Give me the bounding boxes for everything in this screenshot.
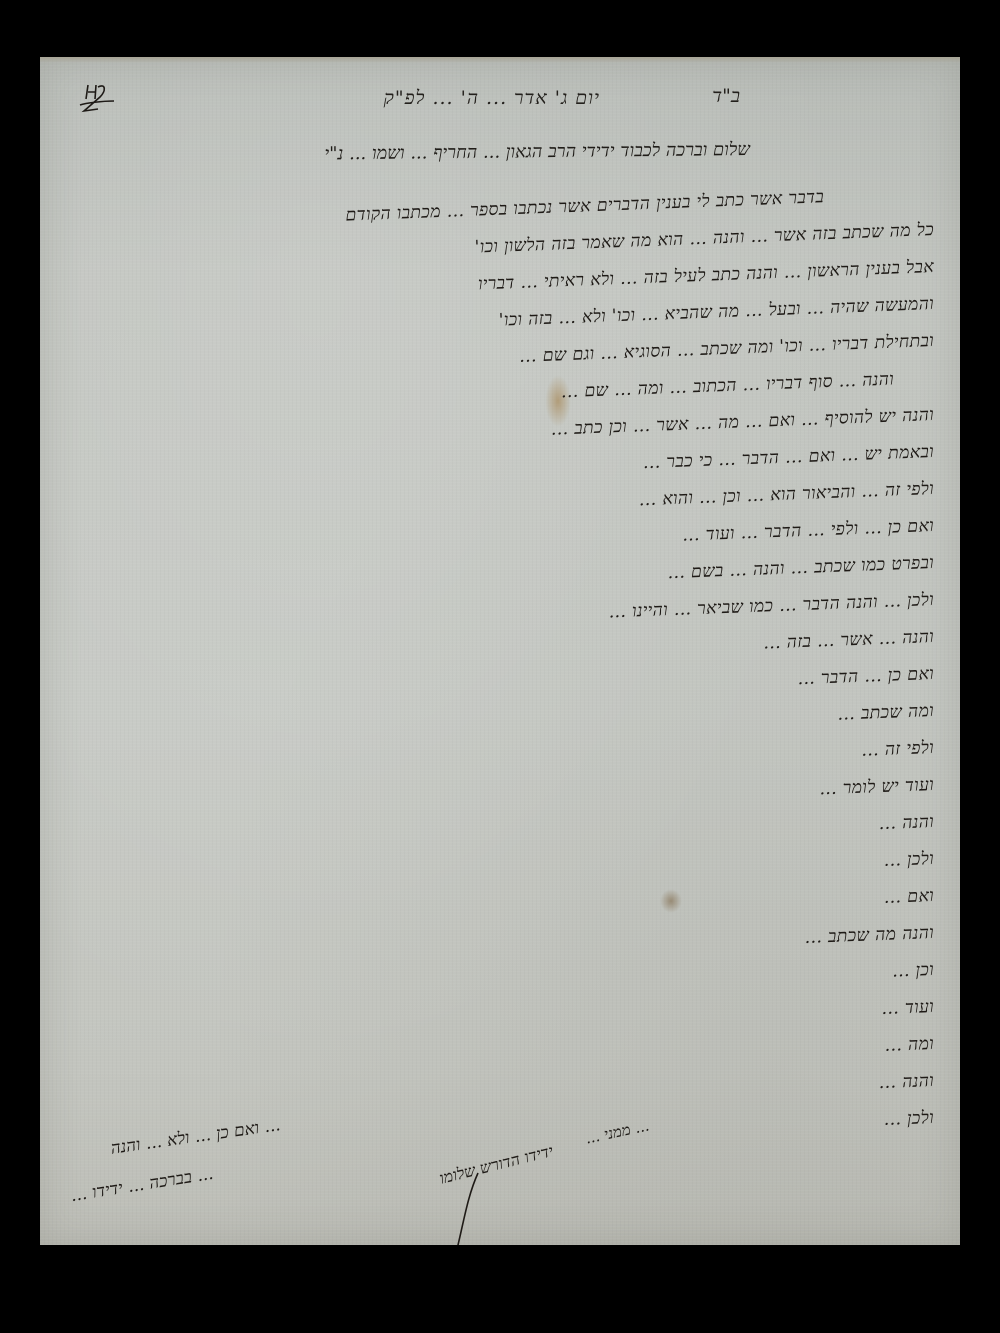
- paper-top-edge: [40, 57, 960, 63]
- closing-line: ... בברכה ... ידידו ...: [69, 1164, 214, 1206]
- bsd-mark: ב"ד: [712, 85, 740, 108]
- folio-mark-icon: [70, 77, 120, 117]
- letter-body: בדבר אשר כתב לי בענין הדברים אשר נכתבו ב…: [52, 175, 934, 1137]
- salutation-line: שלום וברכה לכבוד ידידי הרב הגאון ... החר…: [50, 139, 750, 167]
- dateline: יום ג' אדר ... ה' ... לפ"ק: [384, 87, 600, 110]
- manuscript-page: ב"ד יום ג' אדר ... ה' ... לפ"ק שלום וברכ…: [40, 57, 960, 1245]
- viewer-background: ב"ד יום ג' אדר ... ה' ... לפ"ק שלום וברכ…: [0, 0, 1000, 1333]
- signature-flourish-icon: [438, 1165, 498, 1245]
- letter-header: ב"ד יום ג' אדר ... ה' ... לפ"ק: [160, 85, 890, 125]
